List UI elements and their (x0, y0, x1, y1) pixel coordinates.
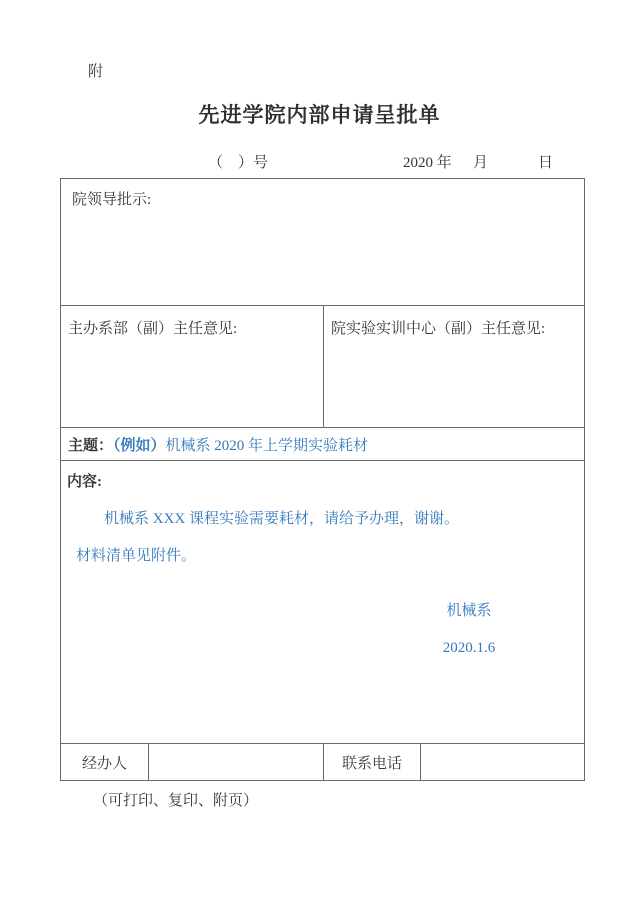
footer-note: （可打印、复印、附页） (93, 789, 258, 810)
center-opinion-label: 院实验实训中心（副）主任意见: (331, 321, 545, 337)
document-page: 附 先进学院内部申请呈批单 （ ）号 2020 年 月 日 院领导批示: 主办系… (0, 0, 639, 905)
subject-value: 机械系 2020 年上学期实验耗材 (166, 438, 369, 454)
handler-label-cell: 经办人 (61, 744, 149, 780)
handler-label: 经办人 (82, 752, 127, 773)
subject-label: 主题： (68, 438, 113, 454)
date-day: 日 (538, 151, 553, 172)
leader-comment-label: 院领导批示: (72, 192, 151, 208)
phone-label: 联系电话 (342, 752, 402, 773)
doc-number: （ ）号 (208, 151, 268, 172)
phone-value-cell (421, 744, 584, 780)
content-label: 内容: (67, 470, 578, 491)
date-year: 2020 年 (403, 151, 452, 172)
center-opinion-cell: 院实验实训中心（副）主任意见: (324, 306, 584, 427)
approval-form-table: 院领导批示: 主办系部（副）主任意见: 院实验实训中心（副）主任意见: 主题：（… (60, 178, 585, 781)
signature-block: 机械系 2020.1.6 (409, 599, 529, 657)
content-line-2: 材料清单见附件。 (76, 544, 578, 565)
page-title: 先进学院内部申请呈批单 (0, 99, 639, 129)
opinions-row: 主办系部（副）主任意见: 院实验实训中心（副）主任意见: (61, 306, 584, 428)
phone-label-cell: 联系电话 (324, 744, 421, 780)
attachment-label: 附 (88, 60, 103, 81)
subject-row: 主题：（例如）机械系 2020 年上学期实验耗材 (61, 428, 584, 461)
content-line-1: 机械系 XXX 课程实验需要耗材，请给予办理，谢谢。 (104, 507, 578, 528)
dept-opinion-label: 主办系部（副）主任意见: (68, 321, 237, 337)
handler-value-cell (149, 744, 324, 780)
date-month: 月 (473, 151, 488, 172)
dept-opinion-cell: 主办系部（副）主任意见: (61, 306, 324, 427)
content-row: 内容: 机械系 XXX 课程实验需要耗材，请给予办理，谢谢。 材料清单见附件。 … (61, 461, 584, 744)
signature-date: 2020.1.6 (409, 640, 529, 657)
signature-signer: 机械系 (409, 599, 529, 620)
handler-phone-row: 经办人 联系电话 (61, 744, 584, 780)
leader-comment-cell: 院领导批示: (61, 179, 584, 306)
subject-example-prefix: （例如） (113, 438, 166, 454)
